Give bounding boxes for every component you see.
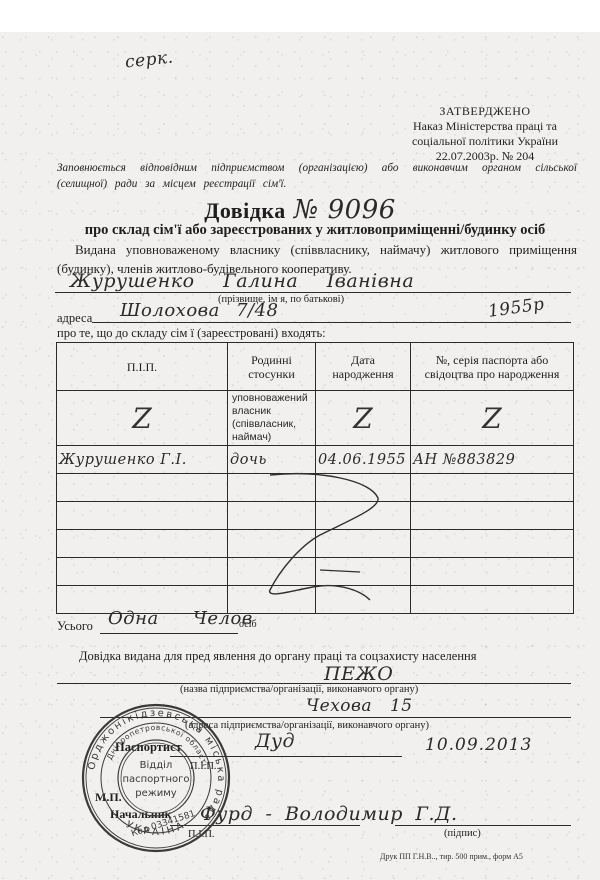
column-header-name: П.І.П. [57,343,228,391]
birth-date-cell [316,474,411,502]
name-cell: Журушенко Г.І. [57,446,228,474]
birth-date-cell [316,502,411,530]
document-cell [411,474,574,502]
chief-label: Начальник [110,807,172,822]
document-cell [411,558,574,586]
approval-line: соціальної політики України [405,134,565,149]
column-header-document: №, серія паспорта або свідоцтва про наро… [411,343,574,391]
table-row: Z уповноважений власник (співвласник, на… [57,391,574,446]
name-cell [57,530,228,558]
relation-cell: уповноважений власник (співвласник, найм… [228,391,316,446]
owner-name-line [55,292,571,293]
document-cell: АН №883829 [411,446,574,474]
family-table: П.І.П. Родинні стосунки Дата народження … [56,342,574,614]
table-row [57,474,574,502]
passport-officer-signature: Дуд [255,730,295,752]
table-header-row: П.І.П. Родинні стосунки Дата народження … [57,343,574,391]
document-cell: Z [411,391,574,446]
print-footer: Друк ПП Г.Н.В.., тир. 500 прим., форм А5 [380,852,523,861]
total-label: Усього [57,619,93,634]
chief-pip-line [170,825,360,826]
column-header-birth-date: Дата народження [316,343,411,391]
column-header-relation: Родинні стосунки [228,343,316,391]
owner-name: Журушенко Галина Іванівна [70,270,414,292]
total-line [100,633,238,634]
chief-pip-caption: П.І.П. [188,829,215,840]
chief-signature-caption: (підпис) [444,828,481,839]
relation-cell [228,530,316,558]
table-row [57,530,574,558]
approval-block: ЗАТВЕРДЖЕНО Наказ Міністерства праці та … [405,104,565,164]
table-row [57,558,574,586]
birth-date-cell: 04.06.1955 [316,446,411,474]
organization-name: ПЕЖО [324,663,393,685]
certificate-number: № 9096 [294,195,396,225]
birth-date-cell: Z [316,391,411,446]
relation-cell: дочь [228,446,316,474]
fill-instruction: Заповнюється відповідним підприємством (… [57,160,577,192]
address-label: адреса [57,311,92,326]
relation-cell [228,558,316,586]
total-unit: осіб [239,619,257,630]
total-value: Одна Челов [108,608,253,629]
passport-officer-pip-caption: П.І.П. [190,761,217,772]
name-cell [57,474,228,502]
title-text: Довідка [204,198,286,223]
passport-officer-label: Паспортист [115,740,182,755]
organization-address-caption: (адреса підприємства/організації, викона… [185,720,429,731]
document-cell [411,530,574,558]
purpose-text: Довідка видана для пред явлення до орган… [79,649,476,664]
approval-title: ЗАТВЕРДЖЕНО [405,104,565,119]
seal-place-label: М.П. [95,790,122,805]
organization-address: Чехова 15 [306,696,413,716]
composition-intro: про те, що до складу сім ї (зареєстрован… [57,326,326,341]
document-cell [411,586,574,614]
document-cell [411,502,574,530]
relation-cell [228,474,316,502]
address-line [92,322,571,323]
relation-cell [228,502,316,530]
birth-date-cell [316,558,411,586]
issue-date: 10.09.2013 [425,735,532,755]
table-row [57,502,574,530]
birth-date-cell [316,586,411,614]
name-cell [57,558,228,586]
document-title: Довідка№ 9096 [0,195,600,225]
address-value: Шолохова 7/48 [120,300,279,321]
organization-address-line [100,717,571,718]
table-row: Журушенко Г.І. дочь 04.06.1955 АН №88382… [57,446,574,474]
birth-date-cell [316,530,411,558]
chief-signature-line [395,825,571,826]
approval-line: Наказ Міністерства праці та [405,119,565,134]
passport-officer-line [170,756,402,757]
chief-signature: Фурд - Володимир Г.Д. [200,803,458,825]
name-cell: Z [57,391,228,446]
organization-name-caption: (назва підприємства/організації, виконав… [180,684,418,695]
name-cell [57,502,228,530]
document-subtitle: про склад сім'ї або зареєстрованих у жит… [0,222,600,239]
